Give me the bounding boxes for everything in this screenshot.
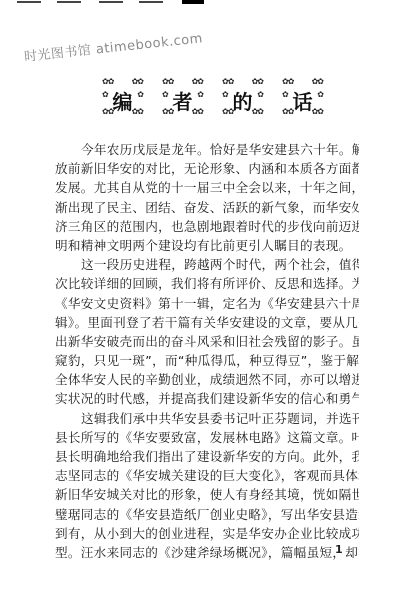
flower-ornament-icon: ✿✿ <box>192 78 203 86</box>
flower-ornament-icon: ✿✿ <box>282 78 293 86</box>
title-box: ✿✿ ✿✿ ✿ ✿ ✿✿ ✿✿ 者 <box>160 76 205 118</box>
title-box: ✿✿ ✿✿ ✿ ✿ ✿✿ ✿✿ 话 <box>280 76 325 118</box>
text-line: 全体华安人民的辛勤创业，成绩迥然不同，亦可以增进我们对现 <box>55 370 359 389</box>
body-text: 今年农历戊辰是龙年。恰好是华安建县六十年。解放后与解放前新旧华安的对比，无论形象… <box>55 140 359 562</box>
text-line: 县长明确地给我们指出了建设新华安的方向。此外，我们登了李 <box>55 447 359 466</box>
text-line: 型。汪水来同志的《沙建斧绿场概况》，篇幅虽短，却写出了华 <box>55 543 359 562</box>
text-line: 这辑我们承中共华安县委书记叶正芬题词，并选刊了王复兴 <box>55 409 359 428</box>
rule-segment <box>57 1 81 3</box>
text-line: 璧琚同志的《华安县造纸厂创业史略》，写出华安县造纸厂从无 <box>55 505 359 524</box>
text-line: 发展。尤其自从党的十一届三中全会以来，十年之间，全国已逐 <box>55 178 359 197</box>
title-box: ✿✿ ✿✿ ✿ ✿ ✿✿ ✿✿ 编 <box>100 76 145 118</box>
title-character: 话 <box>280 86 325 115</box>
flower-ornament-icon: ✿✿ <box>312 78 323 86</box>
title-character: 编 <box>100 86 145 115</box>
flower-ornament-icon: ✿✿ <box>132 78 143 86</box>
title-character: 者 <box>160 86 205 115</box>
text-line: 放前新旧华安的对比，无论形象、内涵和本质各方面都有飞跃的 <box>55 159 359 178</box>
text-line: 渐出现了民主、团结、奋发、活跃的新气象，而华安处在闽南经 <box>55 198 359 217</box>
text-line: 县长所写的《华安要致富，发展林电路》这篇文章。叶书记和王 <box>55 428 359 447</box>
page-number: 1 <box>335 543 343 556</box>
text-line: 次比较详细的回顾，我们将有所评价、反思和选择。为此我们把 <box>55 274 359 293</box>
text-line: 新旧华安城关对比的形象，使人有身经其境，恍如隔世之感。邢 <box>55 485 359 504</box>
flower-ornament-icon: ✿✿ <box>252 78 263 86</box>
rule-segment <box>182 0 204 4</box>
text-line: 到有，从小到大的创业进程，实是华安办企业比较成功的一个典 <box>55 524 359 543</box>
text-line: 志坚同志的《华安城关建设的巨大变化》，客观而具体地反映出 <box>55 466 359 485</box>
page-title: ✿✿ ✿✿ ✿ ✿ ✿✿ ✿✿ 编 ✿✿ ✿✿ ✿ ✿ ✿✿ ✿✿ 者 ✿✿ ✿… <box>100 76 325 120</box>
text-line: 《华安文史资料》第十一辑，定名为《华安建县六十周年纪念专 <box>55 294 359 313</box>
title-box: ✿✿ ✿✿ ✿ ✿ ✿✿ ✿✿ 的 <box>220 76 265 118</box>
flower-ornament-icon: ✿✿ <box>102 78 113 86</box>
title-character: 的 <box>220 86 265 115</box>
flower-ornament-icon: ✿✿ <box>222 78 233 86</box>
rule-segment <box>139 1 163 3</box>
rule-segment <box>17 1 41 3</box>
text-line: 辑》。里面刊登了若干篇有关华安建设的文章，要从几个散点看 <box>55 313 359 332</box>
text-line: 出新华安破壳而出的奋斗风采和旧社会残留的影子。虽说“以管 <box>55 332 359 351</box>
text-line: 济三角区的范围内，也急剧地跟着时代的步伐向前迈进，物质文 <box>55 217 359 236</box>
text-line: 实状况的时代感，并提高我们建设新华安的信心和勇气。 <box>55 389 359 408</box>
text-line: 窥豹，只见一斑”，而“种瓜得瓜，种豆得豆”，鉴于解放前后， <box>55 351 359 370</box>
watermark: 时光图书馆 atimebook.com <box>23 27 204 65</box>
text-line: 明和精神文明两个建设均有比前更引人瞩目的表现。 <box>55 236 359 255</box>
text-line: 这一段历史进程，跨越两个时代，两个社会，值得我们放一 <box>55 255 359 274</box>
rule-segment <box>99 1 123 3</box>
flower-ornament-icon: ✿✿ <box>162 78 173 86</box>
text-line: 今年农历戊辰是龙年。恰好是华安建县六十年。解放后与解 <box>55 140 359 159</box>
